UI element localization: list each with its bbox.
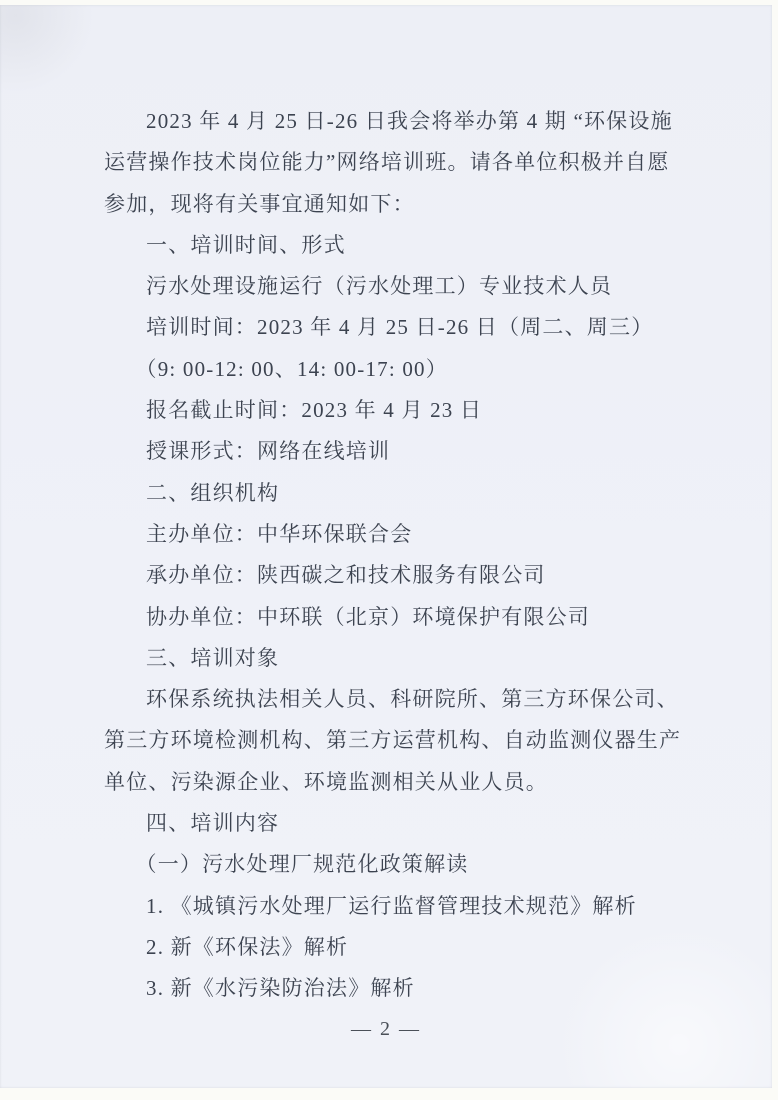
document-line: 单位、污染源企业、环境监测相关从业人员。 (104, 762, 676, 803)
document-line: 授课形式：网络在线培训 (104, 431, 676, 472)
document-body: 2023 年 4 月 25 日-26 日我会将举办第 4 期 “环保设施运营操作… (104, 101, 676, 1010)
document-line: （一）污水处理厂规范化政策解读 (104, 844, 676, 885)
document-line: 运营操作技术岗位能力”网络培训班。请各单位积极并自愿 (104, 142, 676, 183)
document-line: 第三方环境检测机构、第三方运营机构、自动监测仪器生产 (104, 720, 676, 761)
document-line: 2023 年 4 月 25 日-26 日我会将举办第 4 期 “环保设施 (104, 101, 676, 142)
document-line: 报名截止时间：2023 年 4 月 23 日 (104, 390, 676, 431)
document-line: 1. 《城镇污水处理厂运行监督管理技术规范》解析 (104, 886, 676, 927)
document-line: 一、培训时间、形式 (104, 225, 676, 266)
page-number: — 2 — (0, 1018, 772, 1041)
document-line: 二、组织机构 (104, 473, 676, 514)
document-line: 污水处理设施运行（污水处理工）专业技术人员 (104, 266, 676, 307)
document-line: 承办单位：陕西碳之和技术服务有限公司 (104, 555, 676, 596)
document-line: 四、培训内容 (104, 803, 676, 844)
document-line: 3. 新《水污染防治法》解析 (104, 968, 676, 1009)
document-line: 参加，现将有关事宜通知如下： (104, 184, 676, 225)
document-line: （9: 00-12: 00、14: 00-17: 00） (104, 349, 676, 390)
document-line: 环保系统执法相关人员、科研院所、第三方环保公司、 (104, 679, 676, 720)
document-line: 2. 新《环保法》解析 (104, 927, 676, 968)
document-line: 协办单位：中环联（北京）环境保护有限公司 (104, 597, 676, 638)
scanned-document-page: 2023 年 4 月 25 日-26 日我会将举办第 4 期 “环保设施运营操作… (0, 5, 772, 1088)
document-line: 培训时间：2023 年 4 月 25 日-26 日（周二、周三） (104, 307, 676, 348)
document-line: 主办单位：中华环保联合会 (104, 514, 676, 555)
document-line: 三、培训对象 (104, 638, 676, 679)
